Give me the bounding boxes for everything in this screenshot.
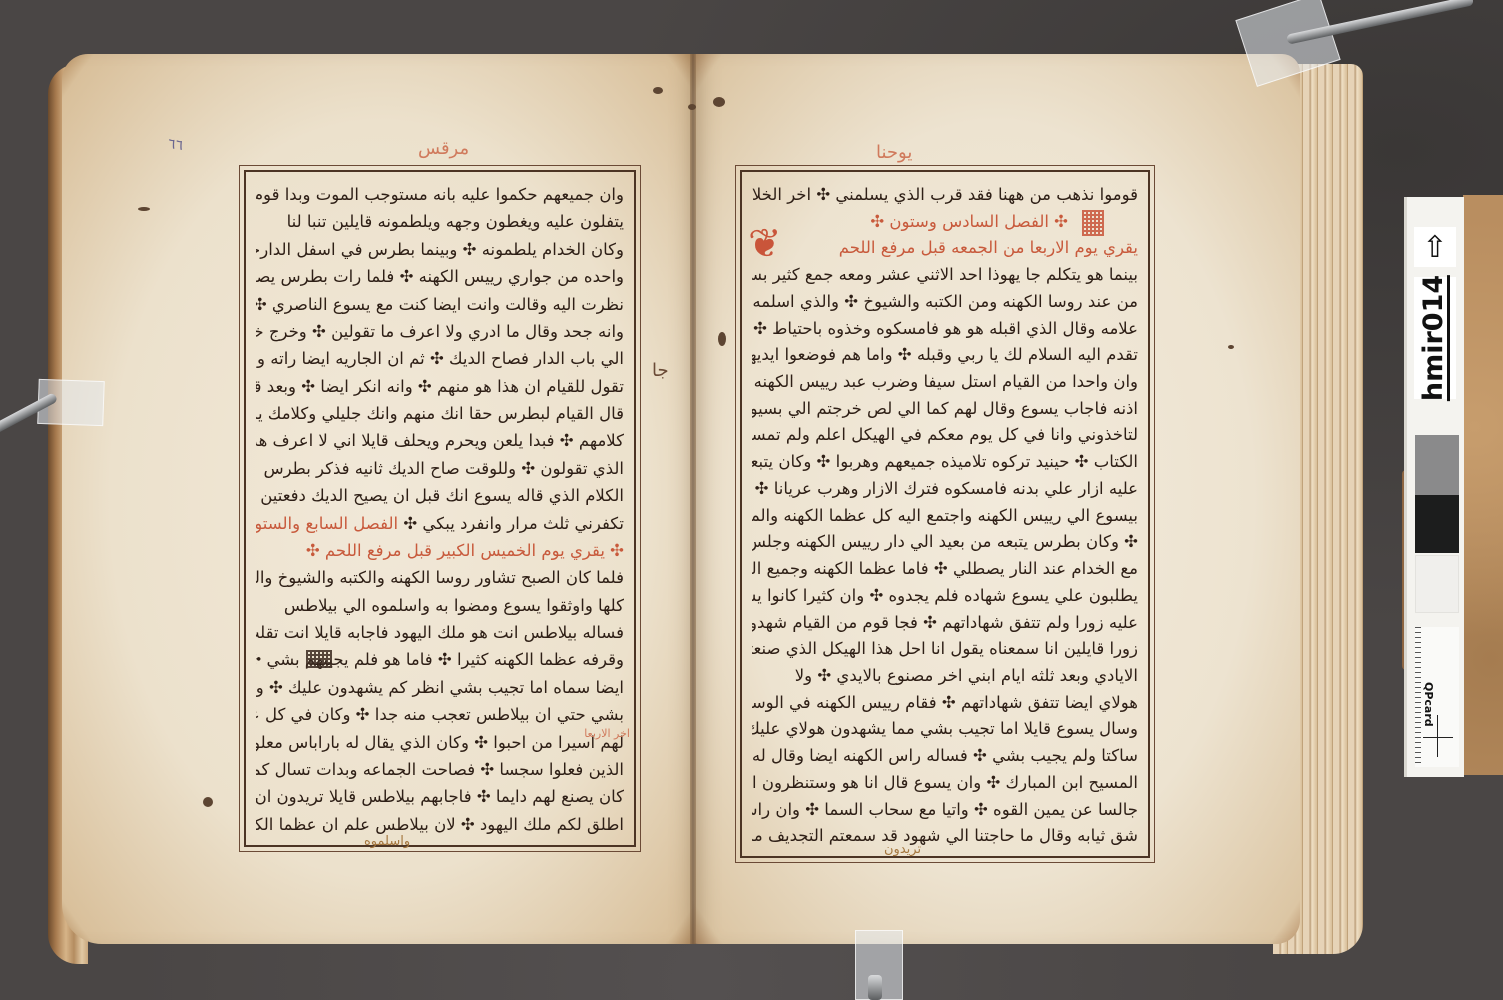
color-calibration-card: ⇧ hmir014 QPcard xyxy=(1404,197,1464,777)
worm-hole xyxy=(718,332,726,346)
text-line: الي باب الدار فصاح الديك ✣ ثم ان الجاريه… xyxy=(256,344,624,371)
text-line: وان جميعهم حكموا عليه بانه مستوجب الموت … xyxy=(256,180,624,207)
text-line: وسال يسوع قايلا اما تجيب بشي مما يشهدون … xyxy=(752,714,1138,741)
text-line: المسيح ابن المبارك ✣ وان يسوع قال انا هو… xyxy=(752,768,1138,795)
left-running-head: مرقس xyxy=(418,138,469,159)
gray-swatch xyxy=(1415,435,1459,495)
manuscript-id: hmir014 xyxy=(1420,275,1450,401)
text-line: قوموا نذهب من ههنا فقد قرب الذي يسلمني ✣… xyxy=(752,180,1138,207)
text-line: وان واحدا من القيام استل سيفا وضرب عبد ر… xyxy=(752,367,1138,394)
text-line: من عند روسا الكهنه ومن الكتبه والشيوخ ✣ … xyxy=(752,287,1138,314)
text-line: يتفلون عليه ويغطون وجهه ويلطمونه قايلين … xyxy=(256,207,624,234)
manuscript-id-label: hmir014 xyxy=(1414,277,1456,399)
book-gutter xyxy=(690,54,696,944)
text-line: الكلام الذي قاله يسوع انك قبل ان يصيح ال… xyxy=(256,481,624,508)
text-line: اذنه فاجاب يسوع وقال لهم كما الي لص خرجت… xyxy=(752,394,1138,421)
black-swatch xyxy=(1415,495,1459,553)
worm-hole xyxy=(688,104,696,110)
text-line: لهم اسيرا من احبوا ✣ وكان الذي يقال له ب… xyxy=(256,728,624,755)
text-line: كلها واوثقوا يسوع ومضوا به واسلموه الي ب… xyxy=(256,591,624,618)
crosshair-icon xyxy=(1437,715,1438,757)
text-line: مع الخدام عند النار يصطلي ✣ فاما عظما ال… xyxy=(752,554,1138,581)
text-line: ✣ وكان بطرس يتبعه من بعيد الي دار رييس ا… xyxy=(752,527,1138,554)
text-line: اطلق لكم ملك اليهود ✣ لان بيلاطس علم ان … xyxy=(256,810,624,837)
margin-note: جا xyxy=(652,360,669,381)
worm-hole xyxy=(203,797,213,807)
text-line: تقدم اليه السلام لك يا ربي وقبله ✣ واما … xyxy=(752,340,1138,367)
worm-hole xyxy=(653,87,663,94)
left-text-block: وان جميعهم حكموا عليه بانه مستوجب الموت … xyxy=(256,180,624,837)
text-line: يطلبون علي يسوع شهاده فلم يجدوه ✣ وان كث… xyxy=(752,581,1138,608)
text-line: بيسوع الي رييس الكهنه واجتمع اليه كل عظم… xyxy=(752,501,1138,528)
open-manuscript: ٦٦ مرقس جا وان جميعهم حكموا عليه بانه مس… xyxy=(48,42,1348,962)
text-line: كان يصنع لهم دايما ✣ فاجابهم بيلاطس قايل… xyxy=(256,782,624,809)
chapter-heading: الفصل السابع والستون xyxy=(256,514,398,533)
text-line: الذين فعلوا سجسا ✣ فصاحت الجماعه وبدات ت… xyxy=(256,755,624,782)
right-running-head: يوحنا xyxy=(876,142,912,163)
text-line: فلما كان الصبح تشاور روسا الكهنه والكتبه… xyxy=(256,563,624,590)
metal-clip xyxy=(868,975,882,1000)
ornament-block xyxy=(306,650,332,668)
text-line: وكان الخدام يلطمونه ✣ وبينما بطرس في اسف… xyxy=(256,235,624,262)
text-line: جالسا عن يمين القوه ✣ واتيا مع سحاب السم… xyxy=(752,795,1138,822)
text-line: قال القيام لبطرس حقا انك منهم وانك جليلي… xyxy=(256,399,624,426)
text-line: بينما هو يتكلم جا يهوذا احد الاثني عشر و… xyxy=(752,260,1138,287)
text-line: لتاخذوني وانا في كل يوم معكم في الهيكل ا… xyxy=(752,420,1138,447)
text-line: فساله بيلاطس انت هو ملك اليهود فاجابه قا… xyxy=(256,618,624,645)
text-line: الايادي وبعد ثلثه ايام ابني اخر مصنوع با… xyxy=(752,661,1138,688)
right-text-frame: قوموا نذهب من ههنا فقد قرب الذي يسلمني ✣… xyxy=(740,170,1150,858)
text-line: عليه ازار علي بدنه فامسكوه فترك الازار و… xyxy=(752,474,1138,501)
card-backing-board xyxy=(1463,195,1503,775)
up-arrow-icon: ⇧ xyxy=(1414,227,1456,267)
right-catchword: تريدون xyxy=(884,842,921,857)
left-catchword: واسلموه xyxy=(364,834,410,849)
text-line: واحده من جواري رييس الكهنه ✣ فلما رات بط… xyxy=(256,262,624,289)
text-line: وانه جحد وقال ما ادري ولا اعرف ما تقولين… xyxy=(256,317,624,344)
white-swatch xyxy=(1415,555,1459,613)
reading-rubric: يقري يوم الاربعا من الجمعه قبل مرفع اللح… xyxy=(752,233,1138,260)
chapter-heading: ✣ الفصل السادس وستون ✣ xyxy=(752,207,1138,234)
text-line: تقول للقيام ان هذا هو منهم ✣ وانه انكر ا… xyxy=(256,372,624,399)
text-line: علامه وقال الذي اقبله هو هو فامسكوه وخذو… xyxy=(752,314,1138,341)
text-line: ساكتا ولم يجيب بشي ✣ فساله راس الكهنه اي… xyxy=(752,741,1138,768)
reading-rubric: ✣ يقري يوم الخميس الكبير قبل مرفع اللحم … xyxy=(256,536,624,563)
crosshair-icon xyxy=(1423,737,1453,738)
ornament-block xyxy=(1082,210,1104,236)
text-line: الذي تقولون ✣ وللوقت صاح الديك ثانيه فذك… xyxy=(256,454,624,481)
text-line: الكتاب ✣ حينيد تركوه تلاميذه جميعهم وهرب… xyxy=(752,447,1138,474)
worm-hole xyxy=(138,207,150,211)
text-line: زورا قايلين انا سمعناه يقول انا احل هذا … xyxy=(752,634,1138,661)
text-line: كلامهم ✣ فبدا يلعن ويحرم ويحلف قايلا اني… xyxy=(256,426,624,453)
text-line: هولاي ايضا تتفق شهاداتهم ✣ فقام رييس الك… xyxy=(752,688,1138,715)
card-brand: QPcard xyxy=(1422,682,1435,727)
marginal-rubric: اخر الاربعا xyxy=(584,727,630,740)
text-line: ايضا سماه اما تجيب بشي انظر كم يشهدون عل… xyxy=(256,673,624,700)
floral-ornament-icon: ❦ xyxy=(748,224,782,264)
left-text-frame: وان جميعهم حكموا عليه بانه مستوجب الموت … xyxy=(244,170,636,847)
text-line: نظرت اليه وقالت وانت ايضا كنت مع يسوع ال… xyxy=(256,290,624,317)
text-line: شق ثيابه وقال ما حاجتنا الي شهود قد سمعت… xyxy=(752,821,1138,848)
text-line: عليه زورا ولم تتفق شهاداتهم ✣ فجا قوم من… xyxy=(752,608,1138,635)
text-span: تكفرني ثلث مرار وانفرد يبكي ✣ xyxy=(403,514,624,533)
worm-hole xyxy=(713,97,725,107)
text-line: بشي حتي ان بيلاطس تعجب منه جدا ✣ وكان في… xyxy=(256,700,624,727)
right-text-block: قوموا نذهب من ههنا فقد قرب الذي يسلمني ✣… xyxy=(752,180,1138,848)
worm-hole xyxy=(1228,345,1234,349)
folio-number: ٦٦ xyxy=(167,136,184,154)
text-line: تكفرني ثلث مرار وانفرد يبكي ✣ الفصل السا… xyxy=(256,509,624,536)
